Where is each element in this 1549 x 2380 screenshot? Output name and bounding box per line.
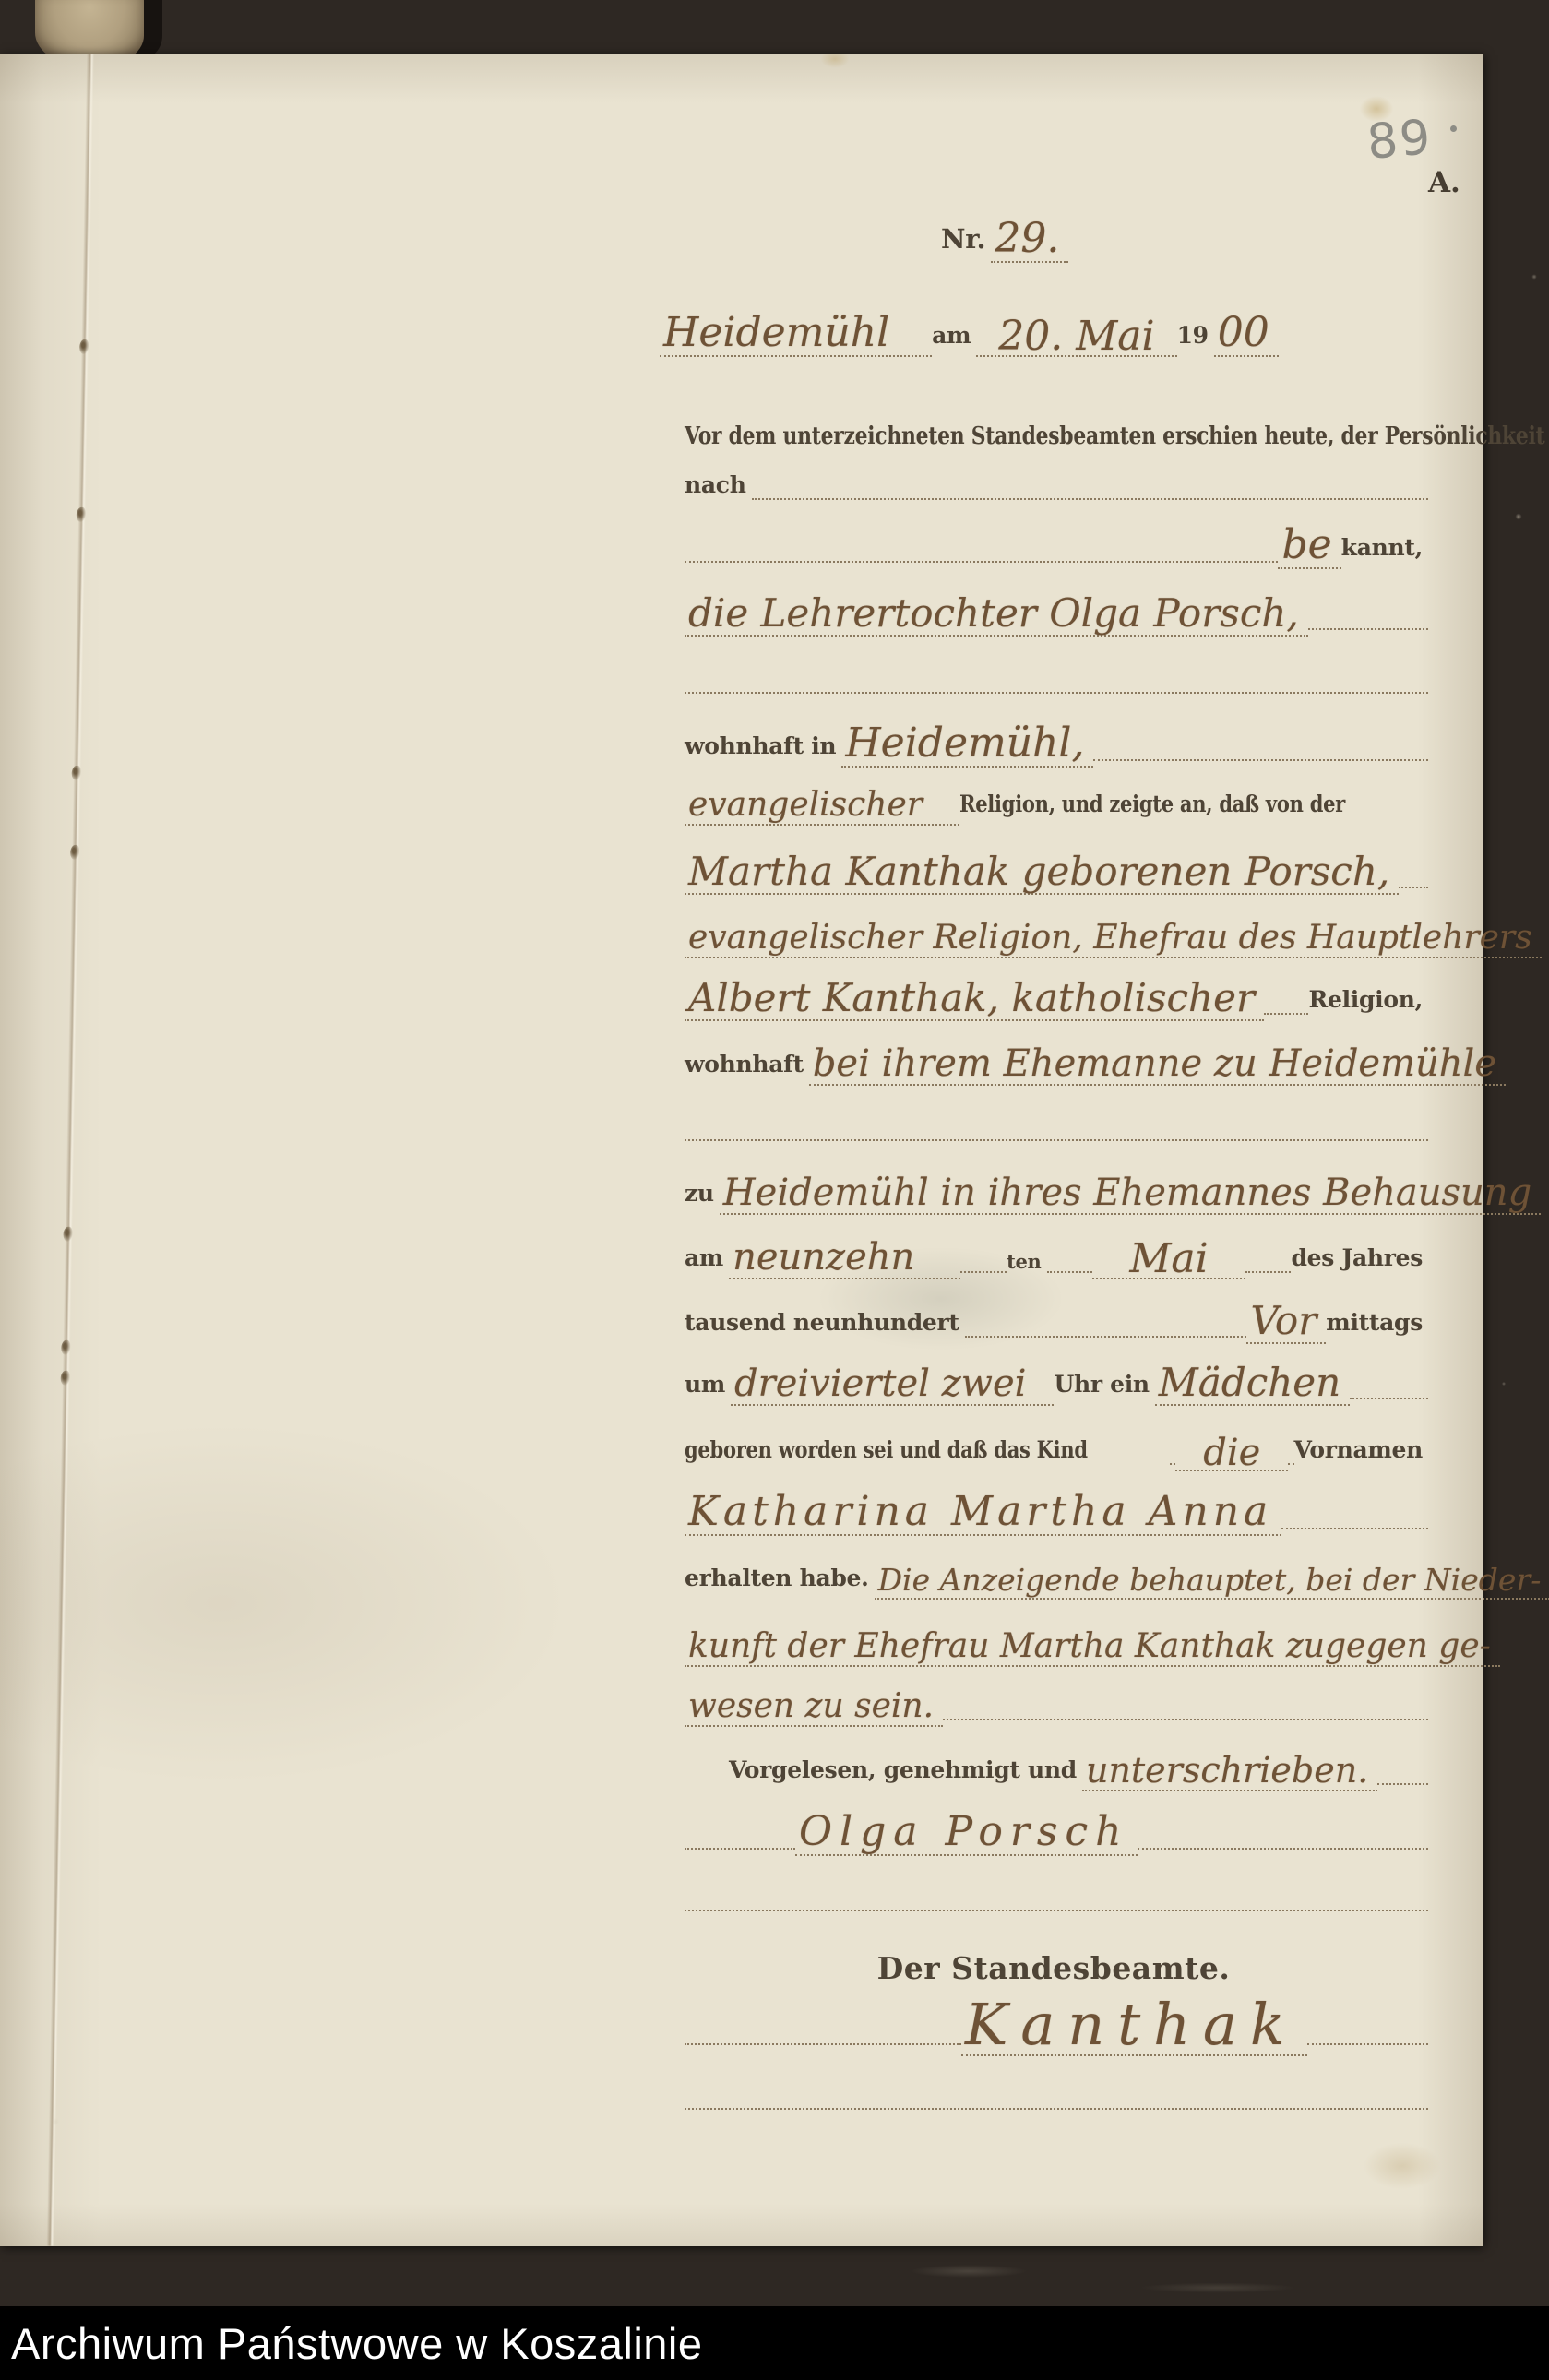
declarant-entry: die Lehrertochter Olga Porsch,	[685, 596, 1308, 637]
blank-leader	[1264, 1011, 1308, 1015]
kannt-label: kannt,	[1341, 536, 1428, 563]
registrar-title: Der Standesbeamte.	[877, 1953, 1236, 1987]
religion-entry: evangelischer	[685, 791, 959, 826]
blank-leader	[1138, 1846, 1428, 1850]
mother-entry: Martha Kanthak geborenen Porsch,	[685, 854, 1399, 895]
unterschrieben-entry: unterschrieben.	[1082, 1755, 1377, 1791]
form-line-mother: Martha Kanthak geborenen Porsch,	[685, 839, 1428, 888]
child-names-entry: Katharina Martha Anna	[685, 1493, 1281, 1536]
birth-time-entry: dreiviertel zwei	[731, 1367, 1054, 1406]
registry-page: 89 A. Nr. 29. Heidemühl am 20. Mai 19 00…	[0, 54, 1483, 2246]
blank-leader	[685, 559, 1278, 563]
form-line-father-residence: wohnhaft bei ihrem Ehemanne zu Heidemühl…	[685, 1029, 1428, 1079]
form-line-year-time: tausend neunhundert Vor mittags	[685, 1288, 1428, 1338]
birthplace-entry: Heidemühl in ihres Ehemannes Behausung	[720, 1176, 1541, 1215]
mother-detail-entry: evangelischer Religion, Ehefrau des Haup…	[685, 923, 1542, 958]
stitch-hole	[77, 507, 86, 522]
form-line-number: Nr. 29.	[941, 207, 1181, 256]
form-line-blank	[685, 644, 1428, 694]
archive-name: Archiwum Państwowe w Koszalinie	[0, 2318, 703, 2369]
be-entry: be	[1278, 527, 1340, 569]
zu-label: zu	[685, 1182, 720, 1208]
wohnhaft-in-label: wohnhaft in	[685, 734, 841, 761]
blank-leader	[685, 1846, 795, 1850]
religion-label: Religion,	[1308, 988, 1428, 1015]
form-line-note2: kunft der Ehefrau Martha Kanthak zugegen…	[685, 1611, 1428, 1660]
form-line-vorgelesen: Vorgelesen, genehmigt und unterschrieben…	[729, 1735, 1428, 1785]
blank-leader	[943, 1717, 1428, 1720]
stitch-hole	[61, 1371, 70, 1386]
stitch-hole	[61, 1340, 70, 1355]
blank-leader	[1047, 1269, 1093, 1273]
year-printed: 19	[1177, 324, 1214, 351]
form-line-child-names: Katharina Martha Anna	[685, 1480, 1428, 1529]
father-residence-entry: bei ihrem Ehemanne zu Heidemühle	[809, 1047, 1506, 1086]
declarant-signature: Olga Porsch	[795, 1814, 1138, 1856]
birth-month-entry: Mai	[1092, 1241, 1245, 1279]
erhalten-label: erhalten habe.	[685, 1566, 875, 1593]
des-jahres-label: des Jahres	[1291, 1246, 1428, 1273]
form-line-blank	[685, 2060, 1428, 2110]
am2-label: am	[685, 1246, 729, 1273]
binding-crease	[46, 54, 94, 2246]
scanned-document-frame: 89 A. Nr. 29. Heidemühl am 20. Mai 19 00…	[0, 0, 1549, 2380]
vorgelesen-label: Vorgelesen, genehmigt und	[729, 1758, 1082, 1785]
blank-leader	[685, 1137, 1428, 1141]
tausend-label: tausend neunhundert	[685, 1311, 965, 1338]
am-label: am	[932, 324, 976, 351]
blank-leader	[1307, 2041, 1428, 2045]
blank-leader	[965, 1334, 1247, 1338]
blank-leader	[1350, 1396, 1428, 1399]
residence-entry: Heidemühl,	[841, 725, 1093, 768]
geboren-line-label: geboren worden sei und daß das Kind	[685, 1438, 1092, 1465]
year-entry: 00	[1214, 315, 1279, 357]
registrar-title-line: Der Standesbeamte.	[685, 1943, 1428, 1987]
form-line-date: Heidemühl am 20. Mai 19 00	[660, 301, 1439, 351]
birth-day-entry: neunzehn	[729, 1241, 960, 1279]
die-entry: die	[1175, 1436, 1288, 1471]
form-line-intro: Vor dem unterzeichneten Standesbeamten e…	[685, 397, 1441, 452]
father-entry: Albert Kanthak, katholischer	[685, 981, 1264, 1021]
vor-entry: Vor	[1246, 1303, 1326, 1344]
form-line-signature-declarant: Olga Porsch	[685, 1800, 1428, 1850]
form-line-blank	[685, 1862, 1428, 1911]
registrar-signature: Kanthak	[961, 1999, 1307, 2056]
form-line-time-sex: um dreiviertel zwei Uhr ein Mädchen	[685, 1350, 1428, 1399]
form-line-geboren: geboren worden sei und daß das Kind die …	[685, 1415, 1428, 1465]
blank-leader	[1377, 1781, 1428, 1785]
blank-leader	[685, 690, 1428, 694]
stitch-hole	[63, 1227, 72, 1242]
form-line-birthdate: am neunzehn ten Mai des Jahres	[685, 1223, 1428, 1273]
uhr-ein-label: Uhr ein	[1054, 1373, 1154, 1399]
form-line-father: Albert Kanthak, katholischer Religion,	[685, 965, 1428, 1015]
mittags-label: mittags	[1326, 1311, 1428, 1338]
record-number-entry: 29.	[991, 220, 1068, 263]
blank-leader	[1093, 757, 1428, 761]
stitch-hole	[79, 339, 89, 354]
note-entry-3: wesen zu sein.	[685, 1692, 943, 1727]
blank-leader	[685, 1908, 1428, 1911]
form-line-bekannt: be kannt,	[685, 513, 1428, 563]
archive-watermark-bar: Archiwum Państwowe w Koszalinie	[0, 2306, 1549, 2380]
pencil-page-number: 89	[1365, 110, 1435, 171]
blank-leader	[1308, 626, 1428, 630]
form-line-note3: wesen zu sein.	[685, 1671, 1428, 1720]
vornamen-label: Vornamen	[1294, 1438, 1428, 1465]
um-label: um	[685, 1373, 731, 1399]
blank-leader	[1281, 1526, 1428, 1529]
form-line-erhalten: erhalten habe. Die Anzeigende behauptet,…	[685, 1543, 1428, 1593]
nach-label: nach	[685, 473, 752, 500]
blank-leader	[1245, 1269, 1292, 1273]
stitch-hole	[72, 766, 81, 780]
stitch-hole	[70, 845, 79, 860]
form-line-nach: nach	[685, 450, 1428, 500]
blank-leader	[685, 2041, 961, 2045]
ten-label: ten	[1007, 1252, 1046, 1273]
blank-leader	[752, 496, 1428, 500]
wohnhaft-label: wohnhaft	[685, 1053, 809, 1079]
pencil-dot	[1450, 125, 1457, 132]
blank-leader	[1399, 885, 1428, 888]
form-line-religion: evangelischer Religion, und zeigte an, d…	[685, 769, 1428, 819]
corner-letter: A.	[1428, 166, 1460, 199]
form-line-blank	[685, 1091, 1428, 1141]
intro-text: Vor dem unterzeichneten Standesbeamten e…	[685, 424, 1549, 452]
form-line-declarant: die Lehrertochter Olga Porsch,	[685, 580, 1428, 630]
place-entry: Heidemühl	[660, 315, 932, 357]
form-line-mother-detail: evangelischer Religion, Ehefrau des Haup…	[685, 902, 1428, 952]
form-line-birthplace: zu Heidemühl in ihres Ehemannes Behausun…	[685, 1159, 1428, 1208]
date-entry: 20. Mai	[976, 318, 1176, 357]
note-entry-1: Die Anzeigende behauptet, bei der Nieder…	[875, 1566, 1549, 1600]
form-line-signature-registrar: Kanthak	[685, 1995, 1428, 2045]
blank-leader	[960, 1269, 1007, 1273]
religion-line-label: Religion, und zeigte an, daß von der	[959, 792, 1350, 819]
form-line-residence: wohnhaft in Heidemühl,	[685, 711, 1428, 761]
note-entry-2: kunft der Ehefrau Martha Kanthak zugegen…	[685, 1632, 1500, 1667]
child-sex-entry: Mädchen	[1155, 1365, 1350, 1406]
nr-label: Nr.	[941, 226, 991, 256]
blank-leader	[685, 2106, 1428, 2110]
